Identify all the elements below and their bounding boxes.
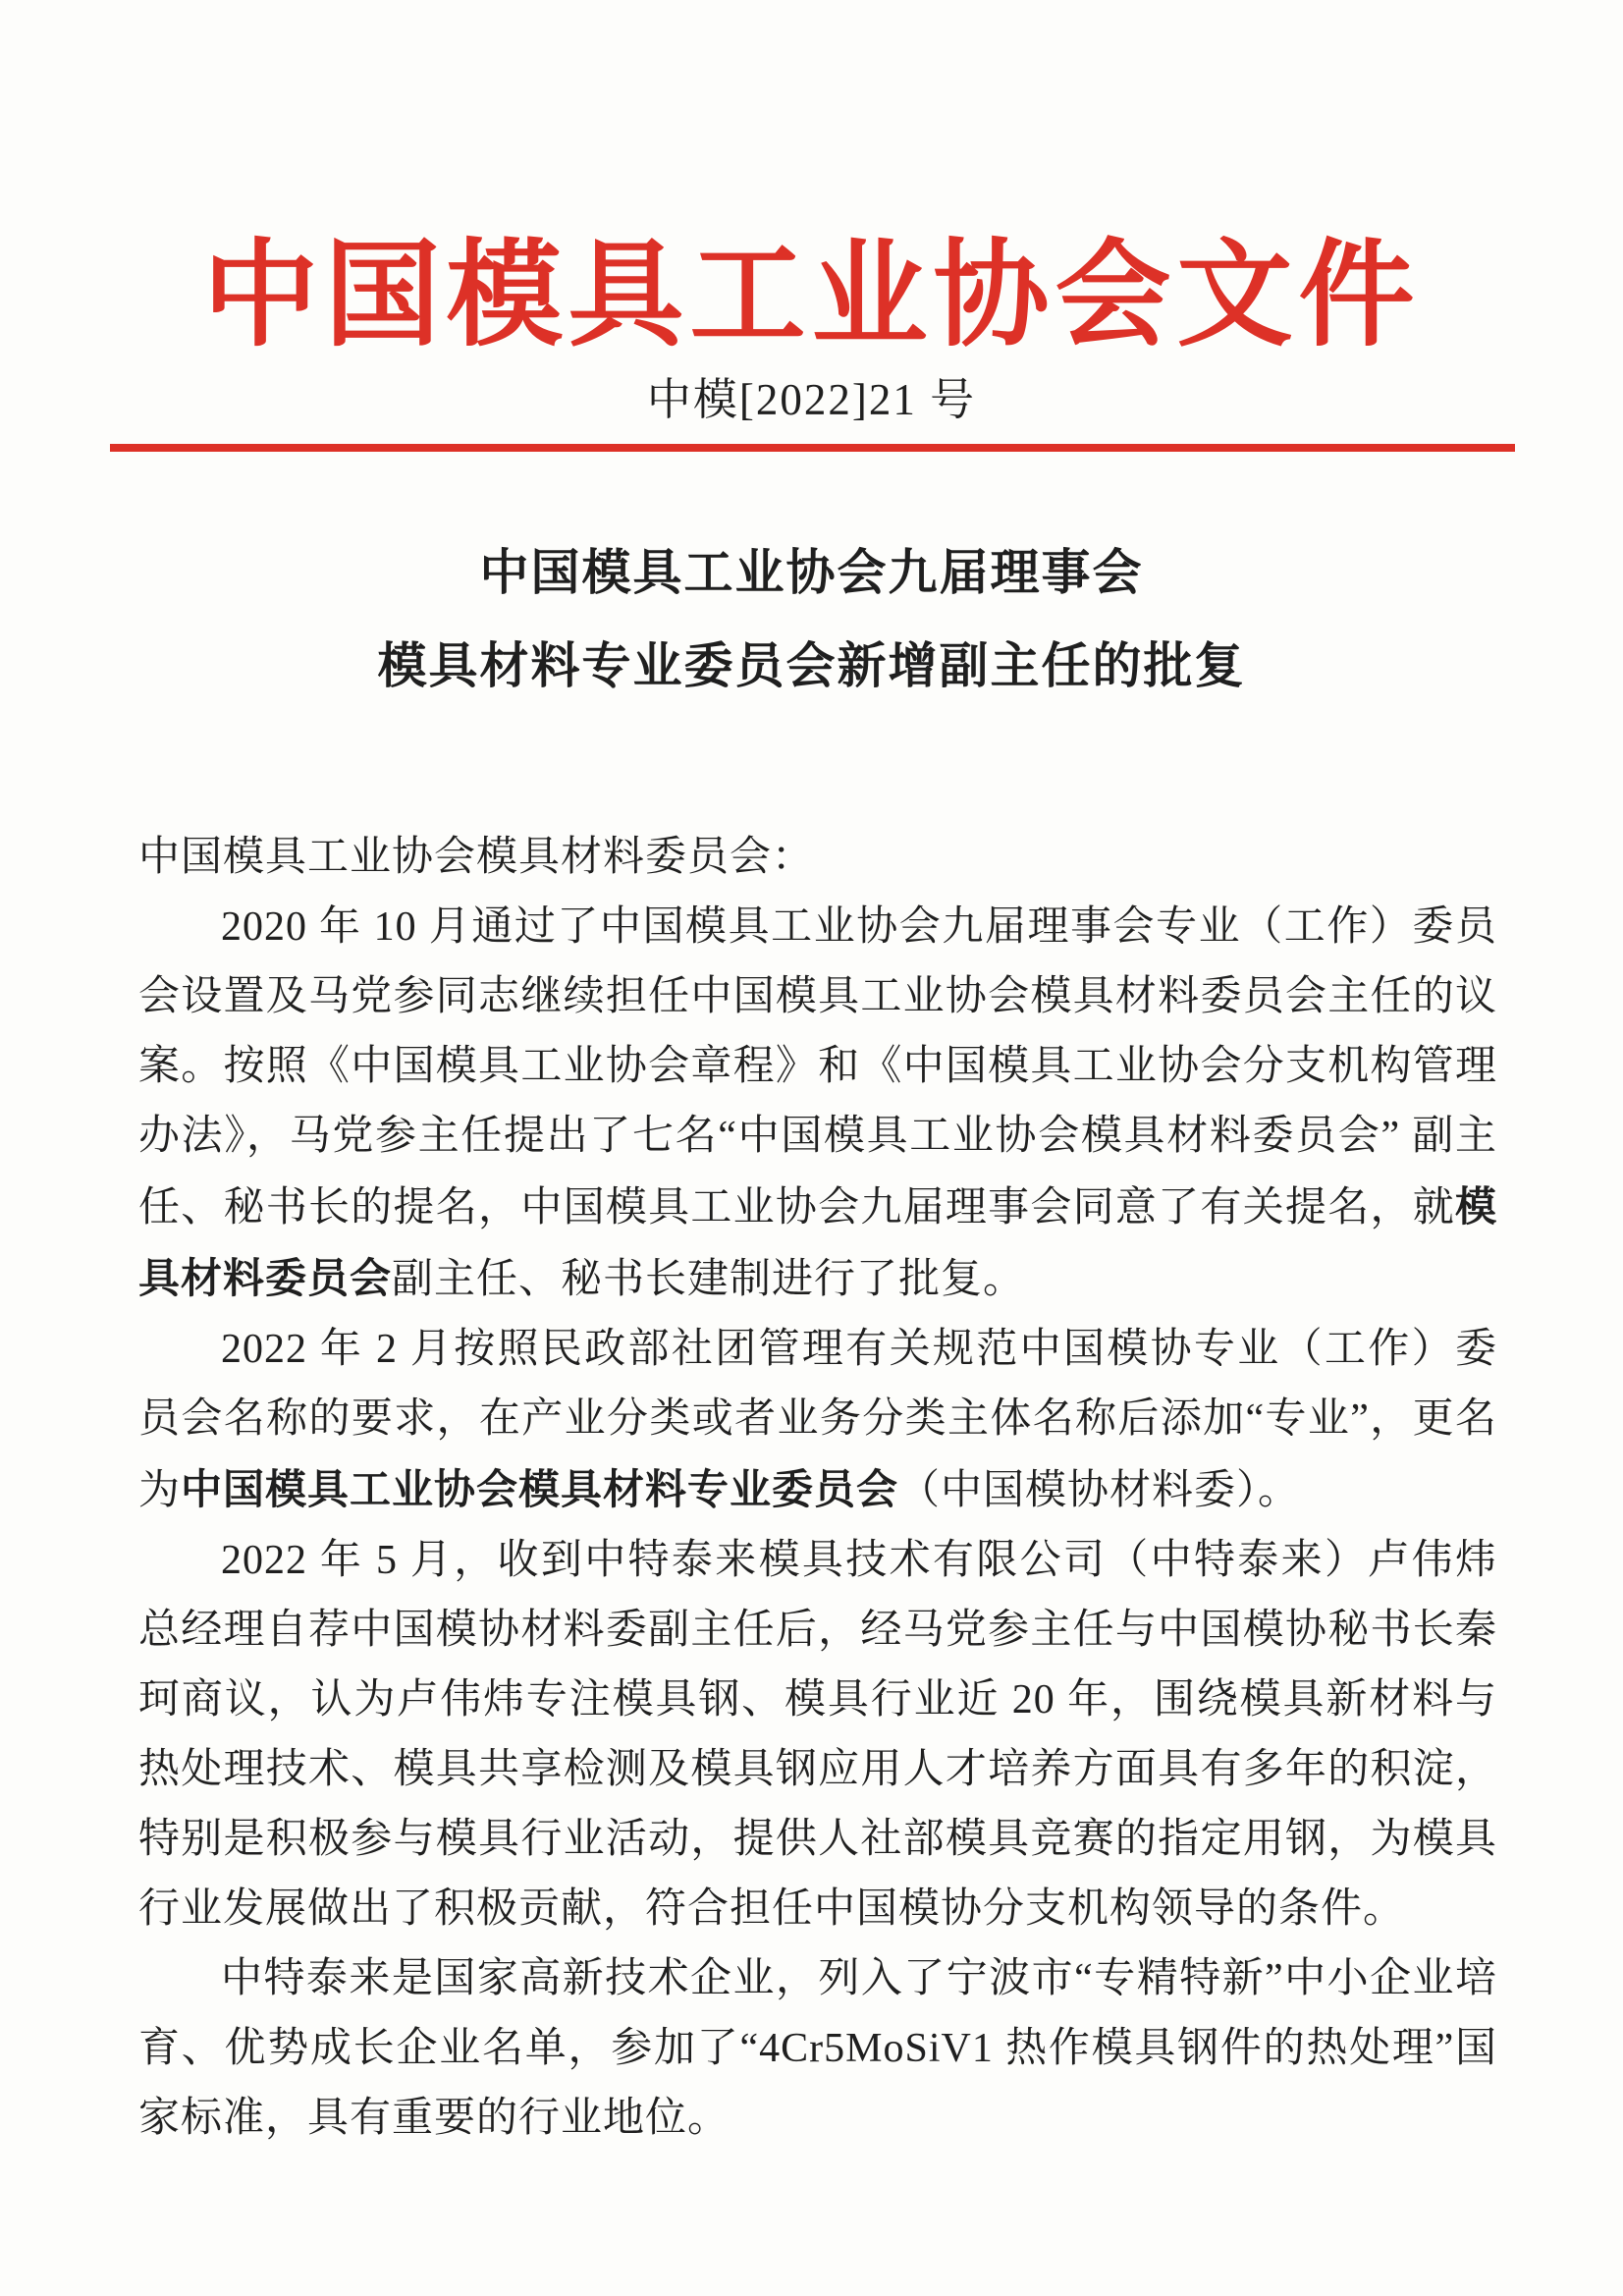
document-page: 中国模具工业协会文件 中模[2022]21 号 中国模具工业协会九届理事会 模具… [0,0,1623,2296]
doc-number: 中模[2022]21 号 [0,363,1623,427]
body-paragraph: 2020 年 10 月通过了中国模具工业协会九届理事会专业（工作）委员会设置及马… [138,893,1497,1315]
doc-title: 中国模具工业协会九届理事会 模具材料专业委员会新增副主任的批复 [0,526,1623,713]
body-text: 2022 年 5 月，收到中特泰来模具技术有限公司（中特泰来）卢伟炜总经理自荐中… [138,1538,1497,1932]
body-text: 副主任、秘书长建制进行了批复。 [392,1257,1025,1302]
emphasized-text: 中国模具工业协会模具材料专业委员会 [181,1466,898,1512]
doc-title-line1: 中国模具工业协会九届理事会 [0,526,1623,620]
red-divider-line [110,444,1515,452]
salutation: 中国模具工业协会模具材料委员会： [138,823,1497,893]
body-text: （中国模协材料委）。 [898,1468,1300,1513]
body-paragraph: 2022 年 5 月，收到中特泰来模具技术有限公司（中特泰来）卢伟炜总经理自荐中… [138,1526,1497,1944]
doc-title-line2: 模具材料专业委员会新增副主任的批复 [0,620,1623,713]
body-paragraph: 2022 年 2 月按照民政部社团管理有关规范中国模协专业（工作）委员会名称的要… [138,1315,1497,1526]
body-paragraph: 中特泰来是国家高新技术企业，列入了宁波市“专精特新”中小企业培育、优势成长企业名… [138,1944,1497,2154]
body-text: 中特泰来是国家高新技术企业，列入了宁波市“专精特新”中小企业培育、优势成长企业名… [138,1956,1497,2141]
document-body: 中国模具工业协会模具材料委员会： 2020 年 10 月通过了中国模具工业协会九… [138,823,1497,2154]
paragraphs: 2020 年 10 月通过了中国模具工业协会九届理事会专业（工作）委员会设置及马… [138,893,1497,2154]
letterhead-title: 中国模具工业协会文件 [0,201,1623,368]
body-text: 2020 年 10 月通过了中国模具工业协会九届理事会专业（工作）委员会设置及马… [138,904,1497,1230]
